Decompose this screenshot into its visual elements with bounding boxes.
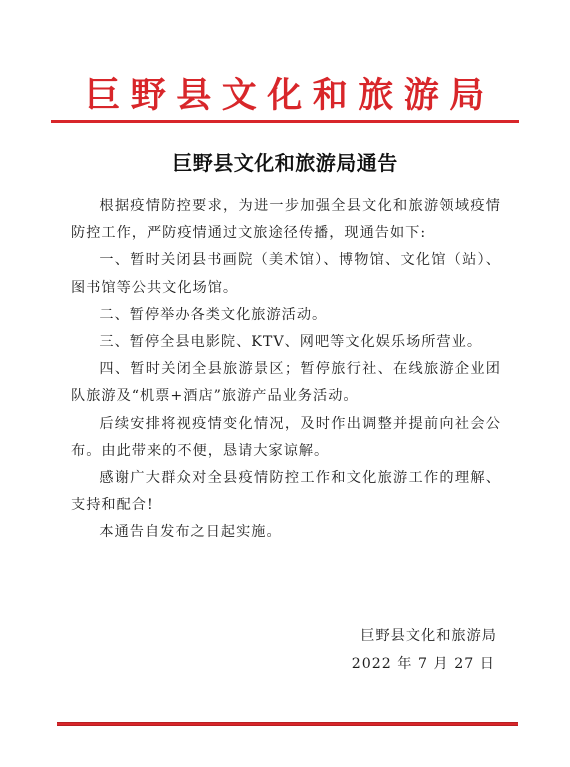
paragraph-item-1: 一、暂时关闭县书画院（美术馆）、博物馆、文化馆（站）、图书馆等公共文化场馆。: [71, 247, 501, 301]
footer-red-rule: [57, 722, 518, 726]
masthead-red-rule: [51, 120, 519, 123]
paragraph-item-2: 二、暂停举办各类文化旅游活动。: [71, 302, 501, 329]
notice-title: 巨野县文化和旅游局通告: [0, 148, 570, 178]
signature-block: 巨野县文化和旅游局 2022 年 7 月 27 日: [352, 622, 497, 678]
paragraph-item-4: 四、暂时关闭全县旅游景区；暂停旅行社、在线旅游企业团队旅游及“机票+酒店”旅游产…: [71, 356, 501, 410]
notice-body: 根据疫情防控要求，为进一步加强全县文化和旅游领域疫情防控工作，严防疫情通过文旅途…: [71, 193, 501, 547]
paragraph-thanks: 感谢广大群众对全县疫情防控工作和文化旅游工作的理解、支持和配合!: [71, 465, 501, 519]
paragraph-item-3: 三、暂停全县电影院、KTV、网吧等文化娱乐场所营业。: [71, 329, 501, 356]
paragraph-followup: 后续安排将视疫情变化情况，及时作出调整并提前向社会公布。由此带来的不便，恳请大家…: [71, 411, 501, 465]
paragraph-intro: 根据疫情防控要求，为进一步加强全县文化和旅游领域疫情防控工作，严防疫情通过文旅途…: [71, 193, 501, 247]
signature-date: 2022 年 7 月 27 日: [352, 650, 497, 678]
masthead-title: 巨野县文化和旅游局: [51, 74, 519, 118]
signature-issuer: 巨野县文化和旅游局: [352, 622, 497, 650]
paragraph-effective: 本通告自发布之日起实施。: [71, 519, 501, 546]
